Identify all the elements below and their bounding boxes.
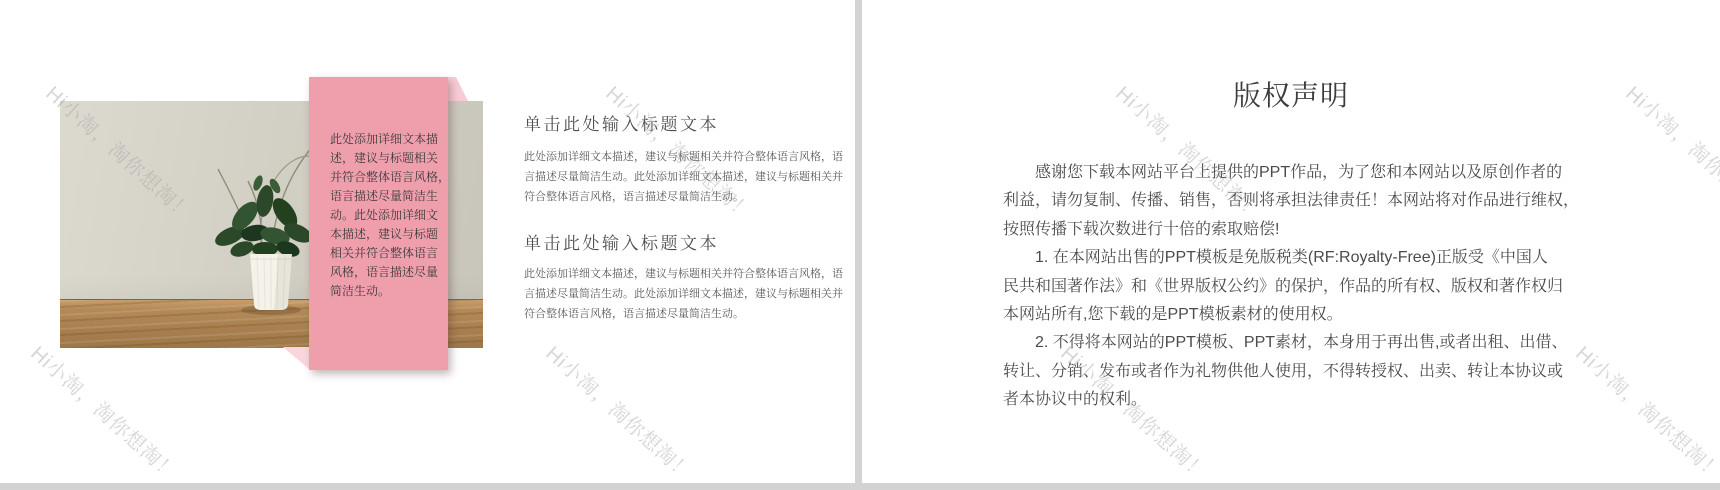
copyright-paragraph-1: 感谢您下载本网站平台上提供的PPT作品，为了您和本网站以及原创作者的 利益，请勿… <box>1003 159 1593 244</box>
slide-page-left[interactable]: 此处添加详细文本描 述，建议与标题相关 并符合整体语言风格， 语言描述尽量简洁生… <box>0 0 855 483</box>
ribbon-body-text[interactable]: 此处添加详细文本描 述，建议与标题相关 并符合整体语言风格， 语言描述尽量简洁生… <box>330 130 442 301</box>
ribbon-fold-top <box>448 77 468 101</box>
pink-ribbon[interactable]: 此处添加详细文本描 述，建议与标题相关 并符合整体语言风格， 语言描述尽量简洁生… <box>309 77 448 370</box>
slide-gap-divider <box>855 0 862 483</box>
body-placeholder-1[interactable]: 此处添加详细文本描述，建议与标题相关并符合整体语言风格，语 言描述尽量简洁生动。… <box>524 147 849 207</box>
copyright-title: 版权声明 <box>862 79 1720 113</box>
ribbon-fold-bottom <box>283 347 309 369</box>
copyright-paragraph-2: 1. 在本网站出售的PPT模板是免版税类(RF:Royalty-Free)正版受… <box>1003 244 1593 329</box>
bottom-chrome-bar <box>0 483 1720 490</box>
copyright-paragraph-3: 2. 不得将本网站的PPT模板、PPT素材，本身用于再出售,或者出租、出借、 转… <box>1003 329 1593 414</box>
slides-preview-canvas: 此处添加详细文本描 述，建议与标题相关 并符合整体语言风格， 语言描述尽量简洁生… <box>0 0 1720 490</box>
copyright-body: 感谢您下载本网站平台上提供的PPT作品，为了您和本网站以及原创作者的 利益，请勿… <box>1003 159 1593 415</box>
plant-pot <box>241 254 301 315</box>
body-placeholder-2[interactable]: 此处添加详细文本描述，建议与标题相关并符合整体语言风格，语 言描述尽量简洁生动。… <box>524 264 849 324</box>
slide-page-right[interactable]: 版权声明 感谢您下载本网站平台上提供的PPT作品，为了您和本网站以及原创作者的 … <box>862 0 1720 483</box>
title-placeholder-1[interactable]: 单击此处输入标题文本 <box>524 114 844 136</box>
title-placeholder-2[interactable]: 单击此处输入标题文本 <box>524 233 844 255</box>
